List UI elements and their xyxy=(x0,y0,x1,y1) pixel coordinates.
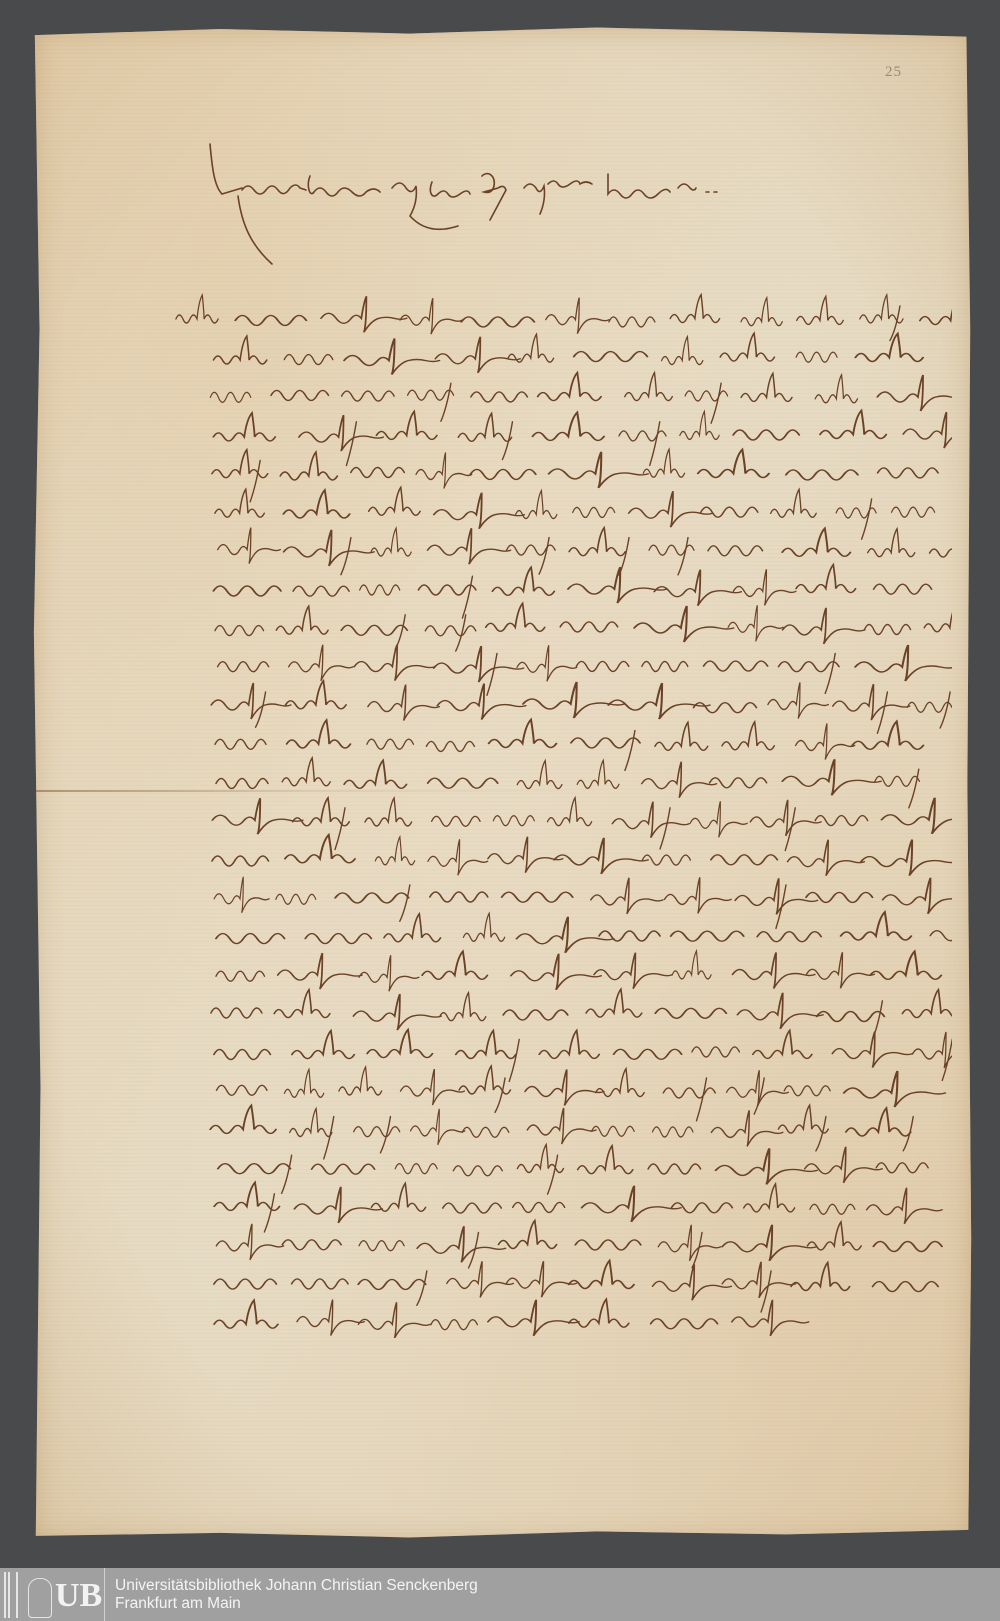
logo-text: UB xyxy=(55,1578,102,1614)
letter-body-handwriting xyxy=(172,288,952,1343)
institution-name: Universitätsbibliothek Johann Christian … xyxy=(115,1577,478,1595)
scan-background: 25 xyxy=(0,0,1000,1568)
portrait-icon xyxy=(28,1578,52,1618)
manuscript-page: 25 xyxy=(32,26,974,1542)
footer-institution-text: Universitätsbibliothek Johann Christian … xyxy=(115,1577,478,1613)
pillars-icon xyxy=(4,1572,18,1618)
university-library-logo[interactable]: UB xyxy=(0,1568,105,1621)
handwriting-strokes xyxy=(172,288,952,1338)
salutation-handwriting xyxy=(202,136,822,276)
library-footer-bar: UB Universitätsbibliothek Johann Christi… xyxy=(0,1568,1000,1621)
institution-location: Frankfurt am Main xyxy=(115,1595,478,1613)
folio-number: 25 xyxy=(885,64,902,81)
